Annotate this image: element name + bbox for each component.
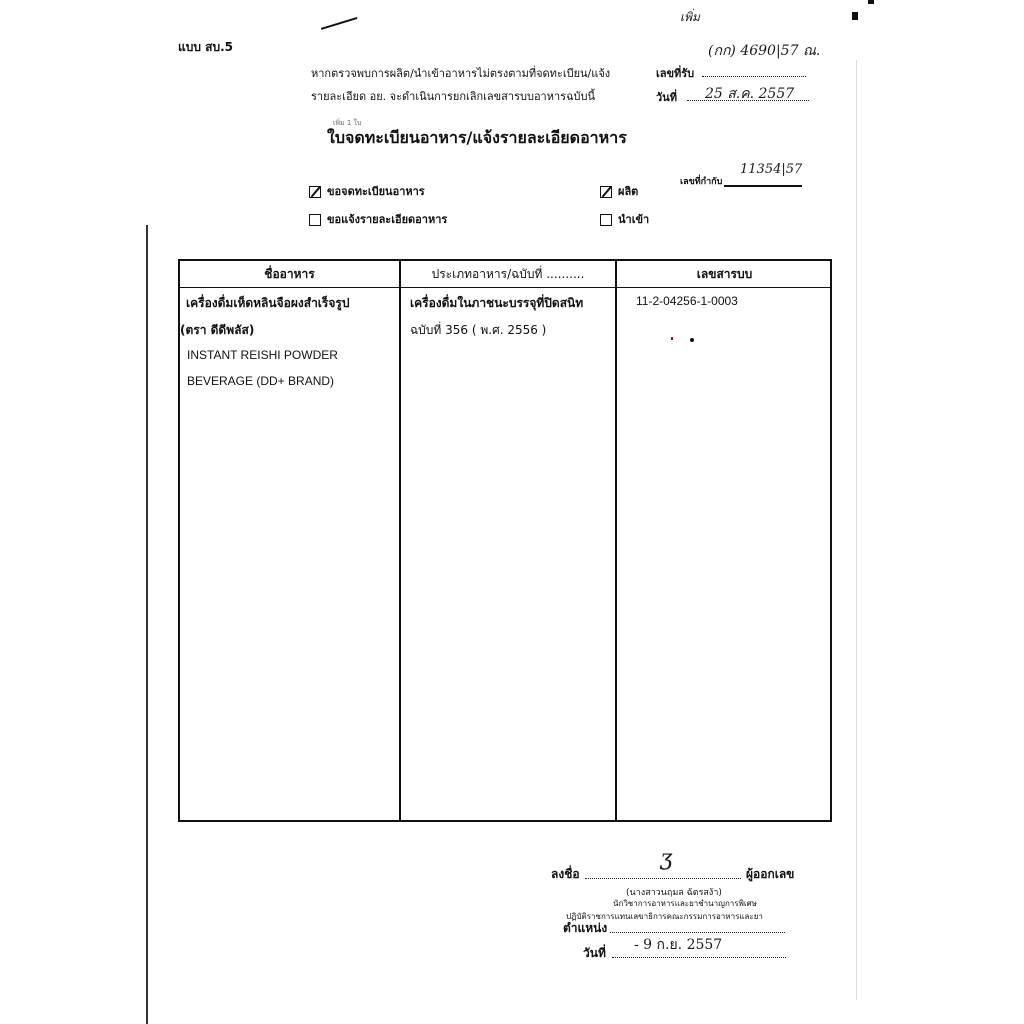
signer-title: นักวิชาการอาหารและยาชำนาญการพิเศษ	[613, 897, 757, 910]
column-divider	[399, 261, 401, 820]
food-name-line: INSTANT REISHI POWDER	[187, 348, 338, 362]
position-field	[610, 920, 785, 933]
signature-scribble: ʒ	[660, 846, 672, 871]
checkbox-empty-icon[interactable]	[600, 214, 612, 226]
receipt-date-label: วันที่	[656, 88, 677, 106]
notice-line-2: รายละเอียด อย. จะดำเนินการยกเลิกเลขสารบบ…	[311, 87, 595, 105]
food-type-line: เครื่องดื่มในภาชนะบรรจุที่ปิดสนิท	[410, 294, 583, 313]
column-divider	[615, 261, 617, 820]
header-food-type: ประเภทอาหาร/ฉบับที่ ..........	[401, 265, 615, 284]
notice-line-1: หากตรวจพบการผลิต/นำเข้าอาหารไม่ตรงตามที่…	[311, 64, 610, 82]
sign-date-value: - 9 ก.ย. 2557	[634, 934, 722, 956]
issuer-label: ผู้ออกเลข	[746, 865, 794, 884]
food-name-line: (ตรา ดีดีพลัส)	[180, 321, 254, 340]
registration-number: 11-2-04256-1-0003	[636, 294, 738, 308]
scan-speck	[852, 12, 858, 20]
checkbox-empty-icon[interactable]	[309, 214, 321, 226]
control-number-value: 11354|57	[740, 162, 802, 177]
scan-speck	[868, 0, 874, 4]
control-number-label: เลขที่กำกับ	[680, 174, 722, 188]
receipt-number-field	[702, 64, 806, 77]
sign-label: ลงชื่อ	[551, 865, 580, 884]
control-number-underline	[724, 185, 802, 187]
header-registration-no: เลขสารบบ	[617, 265, 832, 284]
sign-date-label: วันที่	[583, 944, 606, 963]
scan-edge-left	[146, 225, 148, 1024]
handwritten-note: เพิ่ม	[680, 8, 700, 27]
checkbox-checked-icon[interactable]	[309, 186, 321, 198]
pen-stroke-mark	[321, 17, 358, 30]
header-food-name: ชื่ออาหาร	[180, 265, 399, 284]
food-type-line: ฉบับที่ 356 ( พ.ศ. 2556 )	[410, 321, 546, 340]
document-title: ใบจดทะเบียนอาหาร/แจ้งรายละเอียดอาหาร	[327, 126, 627, 151]
form-code: แบบ สบ.5	[178, 38, 233, 57]
position-label: ตำแหน่ง	[563, 919, 607, 938]
option-produce[interactable]: ผลิต	[600, 182, 638, 200]
option-notify[interactable]: ขอแจ้งรายละเอียดอาหาร	[309, 210, 447, 228]
food-registration-table: ชื่ออาหาร ประเภทอาหาร/ฉบับที่ ..........…	[178, 259, 832, 822]
option-import[interactable]: นำเข้า	[600, 210, 649, 228]
receipt-date-value: 25 ส.ค. 2557	[705, 83, 794, 105]
checkbox-checked-icon[interactable]	[600, 186, 612, 198]
receipt-number-label: เลขที่รับ	[656, 64, 694, 82]
scan-edge-right	[856, 60, 857, 1000]
food-name-line: เครื่องดื่มเห็ดหลินจือผงสำเร็จรูป	[186, 294, 349, 313]
food-name-line: BEVERAGE (DD+ BRAND)	[187, 374, 334, 388]
receipt-number-handwritten: (กก) 4690|57 ณ.	[708, 40, 820, 62]
option-register[interactable]: ขอจดทะเบียนอาหาร	[309, 182, 425, 200]
